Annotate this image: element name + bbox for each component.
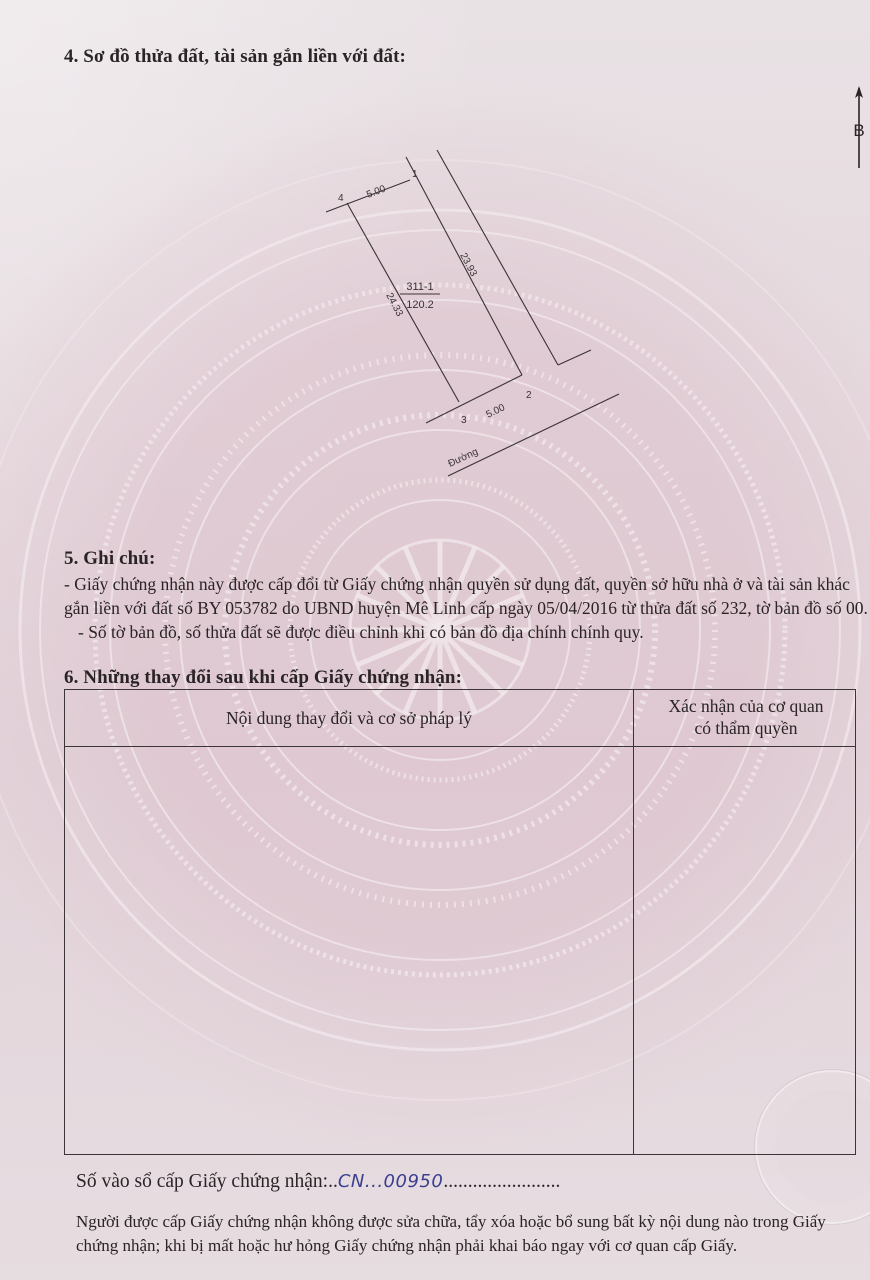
- vertex-label-3: 3: [461, 415, 467, 426]
- edge-length-4-1: 5.00: [365, 183, 388, 200]
- notes-block: - Giấy chứng nhận này được cấp đổi từ Gi…: [64, 572, 870, 644]
- table-cell-authority-confirmation: [635, 748, 855, 1154]
- vertex-label-4: 4: [338, 193, 344, 204]
- road-label: Đường: [447, 446, 480, 469]
- section-4-title: 4. Sơ đồ thửa đất, tài sản gắn liền với …: [64, 46, 406, 68]
- section-5-title: 5. Ghi chú:: [64, 548, 155, 570]
- parcel-id: 311-1: [406, 281, 433, 293]
- header-divider: [65, 746, 855, 747]
- section-6-title: 6. Những thay đổi sau khi cấp Giấy chứng…: [64, 667, 462, 689]
- vertex-label-1: 1: [412, 169, 418, 180]
- registration-label: Số vào sổ cấp Giấy chứng nhận:: [76, 1171, 328, 1192]
- edge-length-3-4: 24.33: [383, 291, 405, 319]
- changes-table: Nội dung thay đổi và cơ sở pháp lý Xác n…: [64, 689, 856, 1155]
- vertex-label-2: 2: [526, 390, 532, 401]
- north-arrow-icon: B: [848, 84, 870, 170]
- land-plot-diagram: 1 2 3 4 5.00 23.93 5.00 24.33 311-1 120.…: [300, 140, 660, 490]
- edge-length-2-3: 5.00: [484, 402, 507, 421]
- column-divider: [633, 690, 634, 1154]
- note-item: - Số tờ bản đồ, số thửa đất sẽ được điều…: [64, 620, 870, 644]
- registration-number-line: Số vào sổ cấp Giấy chứng nhận:..CN...009…: [76, 1171, 560, 1193]
- legal-warning: Người được cấp Giấy chứng nhận không đượ…: [76, 1210, 866, 1258]
- leader-dots: ..: [328, 1171, 338, 1192]
- column-header-line: Xác nhận của cơ quan: [635, 695, 857, 717]
- leader-dots: ........................: [443, 1171, 560, 1192]
- registration-number-handwritten: CN...00950: [338, 1171, 443, 1192]
- column-header-line: có thẩm quyền: [635, 717, 857, 739]
- parcel-area: 120.2: [406, 299, 434, 311]
- north-label: B: [853, 121, 864, 140]
- edge-length-1-2: 23.93: [457, 251, 479, 279]
- column-header-authority-confirmation: Xác nhận của cơ quan có thẩm quyền: [635, 695, 857, 739]
- table-cell-change-content: [65, 748, 633, 1154]
- column-header-change-content: Nội dung thay đổi và cơ sở pháp lý: [65, 707, 633, 729]
- note-item: - Giấy chứng nhận này được cấp đổi từ Gi…: [64, 572, 870, 620]
